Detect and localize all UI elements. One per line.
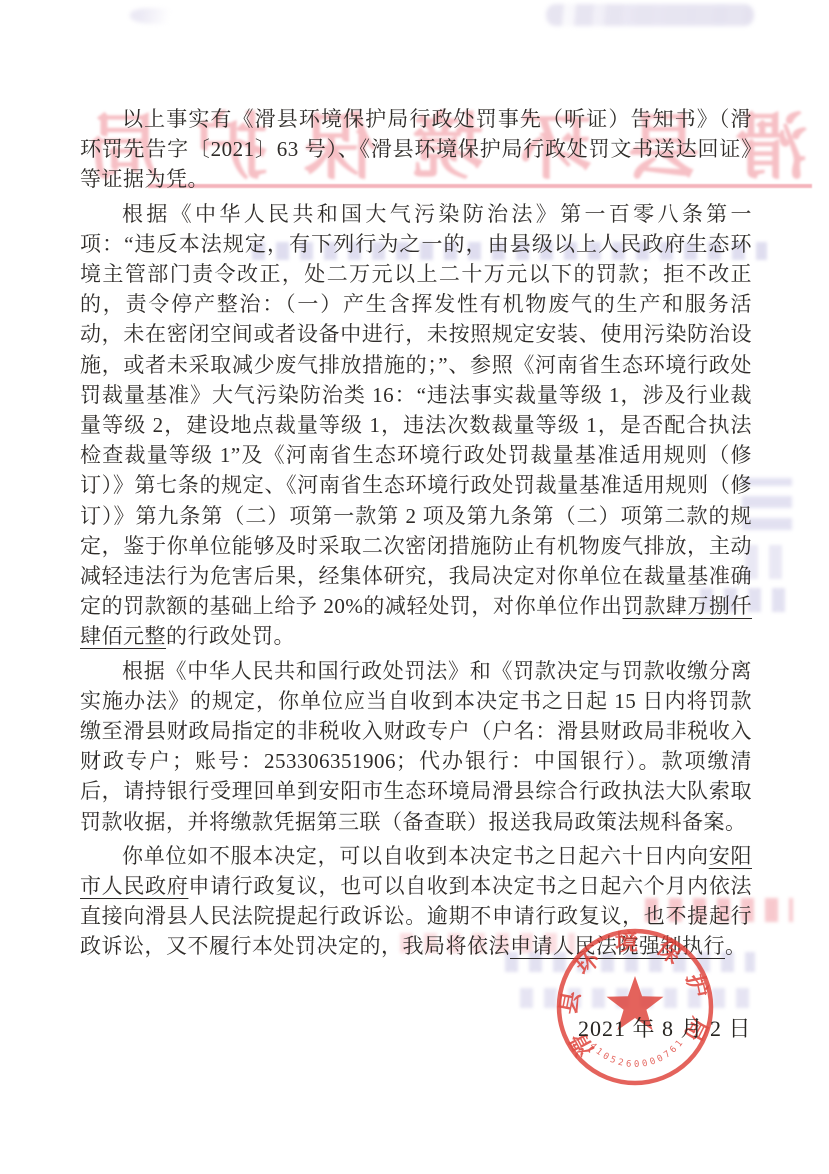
text-segment: 的行政处罚。 — [166, 624, 295, 648]
scan-smudge-top-right — [546, 4, 754, 26]
paragraph: 根据《中华人民共和国行政处罚法》和《罚款决定与罚款收缴分离实施办法》的规定，你单… — [80, 656, 752, 837]
official-seal: 滑县环境保护局 4105260000761 — [550, 922, 720, 1092]
text-segment: 根据《中华人民共和国行政处罚法》和《罚款决定与罚款收缴分离实施办法》的规定，你单… — [80, 659, 752, 834]
paragraph: 根据《中华人民共和国大气污染防治法》第一百零八条第一项：“违反本法规定，有下列行… — [80, 199, 752, 652]
text-segment: 以上事实有《滑县环境保护局行政处罚事先（听证）告知书》（滑环罚先告字〔2021〕… — [80, 107, 752, 191]
text-segment: 你单位如不服本决定，可以自收到本决定书之日起六十日内向 — [122, 844, 709, 868]
paragraph: 以上事实有《滑县环境保护局行政处罚事先（听证）告知书》（滑环罚先告字〔2021〕… — [80, 104, 752, 195]
text-bleedthrough-right — [745, 545, 793, 579]
text-segment: 根据《中华人民共和国大气污染防治法》第一百零八条第一项：“违反本法规定，有下列行… — [80, 202, 752, 619]
text-segment: 。 — [725, 934, 747, 958]
decision-date: 2021 年 8 月 2 日 — [578, 1012, 752, 1043]
scanned-document-page: 滑县环境保护局 以上事实有《滑县环境保护局行政处罚事先（听证）告知书》（滑环罚先… — [0, 0, 829, 1174]
document-body: 以上事实有《滑县环境保护局行政处罚事先（听证）告知书》（滑环罚先告字〔2021〕… — [80, 104, 752, 966]
scan-smudge-top-left — [130, 8, 186, 24]
